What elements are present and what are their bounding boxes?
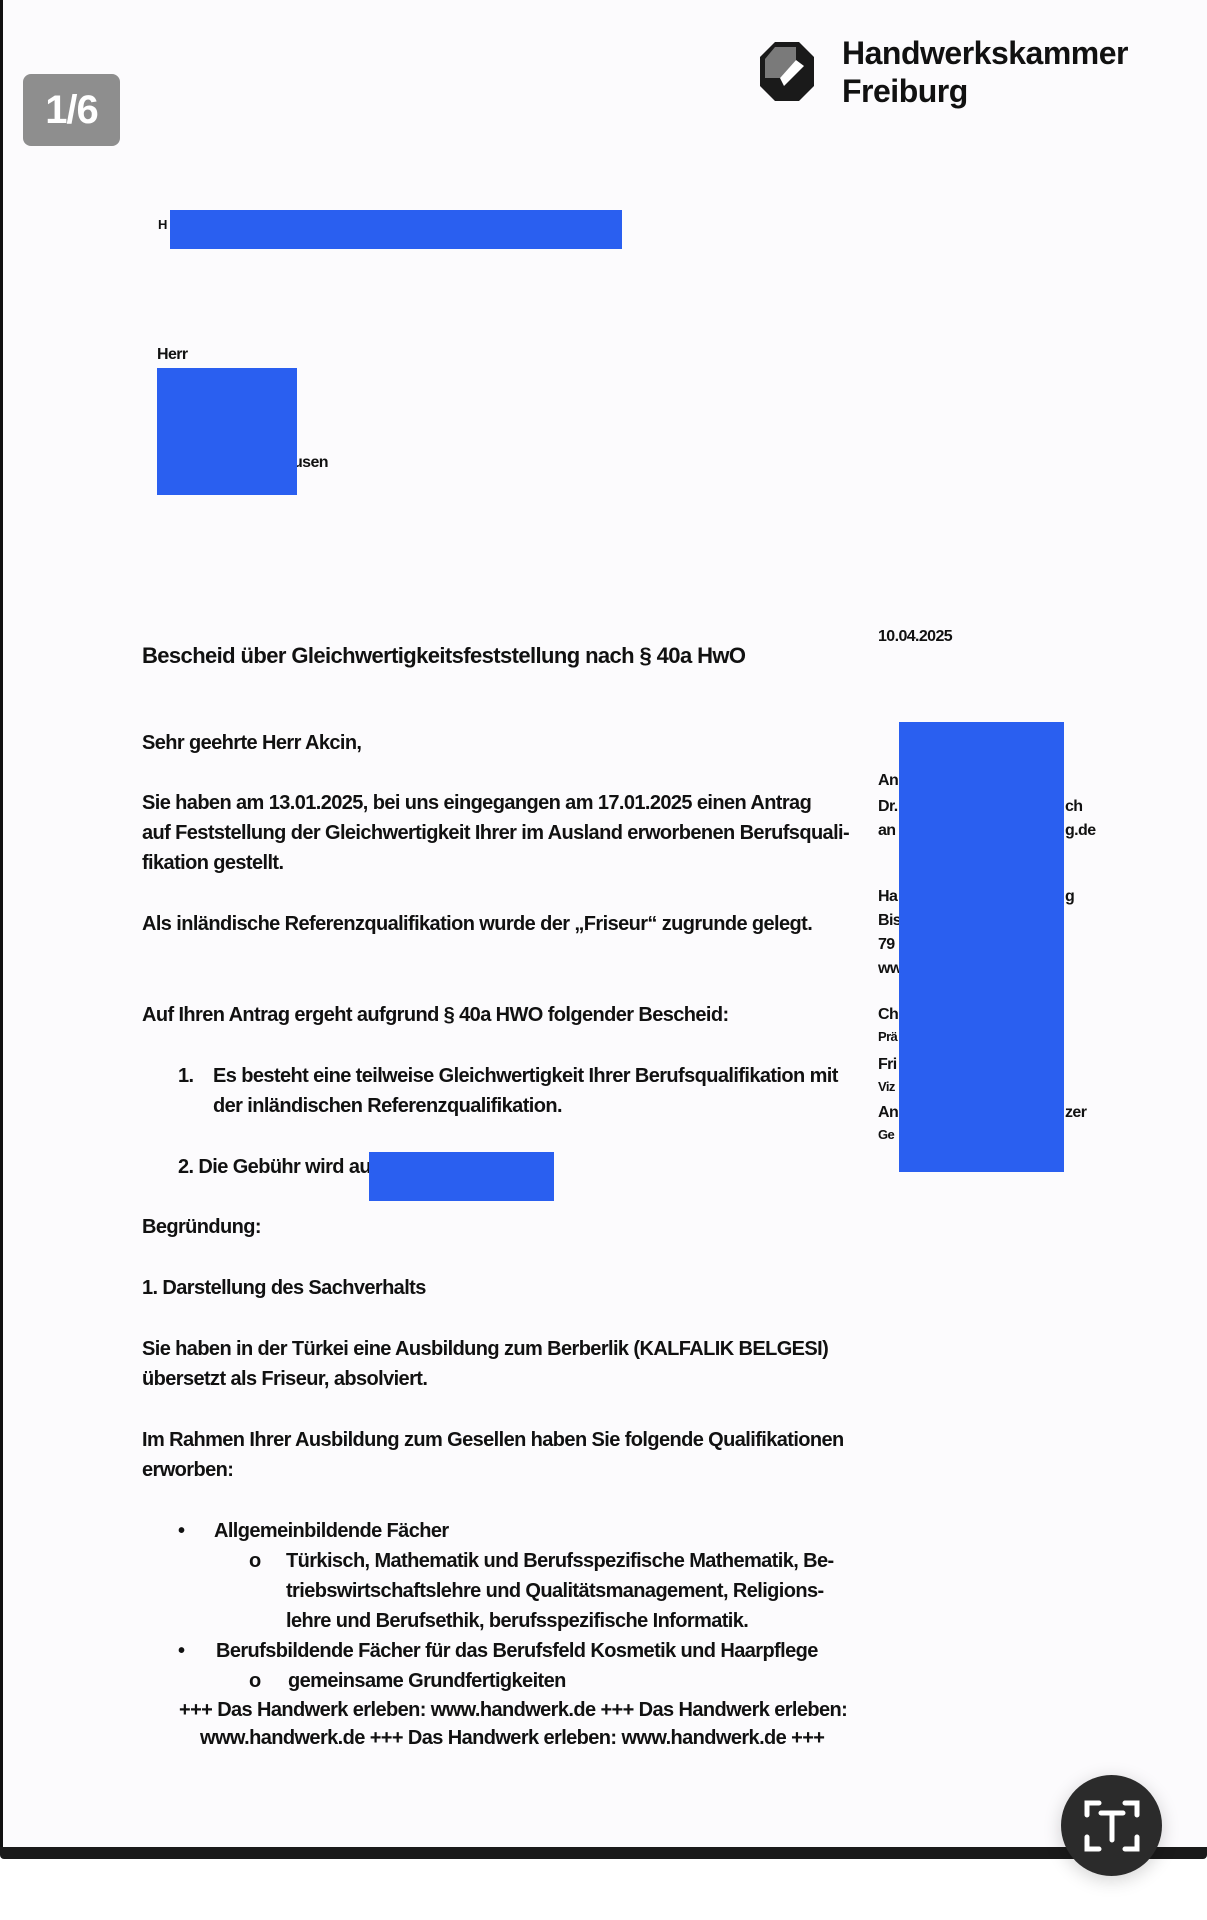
redaction-recipient-address: [157, 368, 297, 495]
scanned-letter-page: Handwerkskammer Freiburg H Herr usen 10.…: [0, 0, 1207, 1847]
facts-line-1: Sie haben in der Türkei eine Ausbildung …: [142, 1334, 828, 1364]
contact-fragment-left: An: [878, 1102, 898, 1124]
organization-line-2: Freiburg: [842, 72, 1128, 110]
intro-line-1: Sie haben am 13.01.2025, bei uns eingega…: [142, 788, 811, 818]
sub-bullet-icon: o: [249, 1666, 261, 1696]
contact-fragment-left: Bis: [878, 910, 901, 932]
bullet-1-label: Allgemeinbildende Fächer: [214, 1516, 449, 1546]
contact-fragment-right: g.de: [1065, 820, 1096, 842]
live-text-scan-icon: [1083, 1797, 1141, 1855]
contact-fragment-left: 79: [878, 934, 895, 956]
reasoning-heading: Begründung:: [142, 1212, 261, 1242]
redaction-sender: [170, 210, 622, 249]
decision-item-1-line-2: der inländischen Referenzqualifikation.: [213, 1091, 562, 1121]
facts-line-2: übersetzt als Friseur, absolviert.: [142, 1364, 427, 1394]
footer-line-1: +++ Das Handwerk erleben: www.handwerk.d…: [179, 1695, 847, 1725]
bullet-icon: •: [178, 1516, 184, 1546]
letter-subject: Bescheid über Gleichwertigkeitsfeststell…: [142, 641, 745, 671]
greeting: Sehr geehrte Herr Akcin,: [142, 728, 361, 758]
contact-fragment-right: ch: [1065, 796, 1082, 818]
contact-fragment-left: Fri: [878, 1054, 897, 1076]
reference-qualification: Als inländische Referenzqualifikation wu…: [142, 909, 812, 939]
page-bottom-edge: [0, 1847, 1207, 1859]
bullet-1-sub-line-3: lehre und Berufsethik, berufsspezifische…: [286, 1606, 748, 1636]
organization-name: Handwerkskammer Freiburg: [842, 34, 1128, 110]
sub-bullet-icon: o: [249, 1546, 261, 1576]
bullet-2-label: Berufsbildende Fächer für das Berufsfeld…: [216, 1636, 818, 1666]
decision-item-2: 2. Die Gebühr wird au: [178, 1152, 371, 1182]
recipient-salutation: Herr: [157, 344, 188, 366]
contact-fragment-left: an: [878, 820, 895, 842]
qualifications-intro-line-2: erworben:: [142, 1455, 233, 1485]
page-indicator: 1/6: [23, 74, 120, 146]
letter-date: 10.04.2025: [878, 626, 952, 648]
contact-fragment-left: Prä: [878, 1028, 897, 1046]
contact-fragment-left: Viz: [878, 1078, 895, 1096]
contact-fragment-left: Ch: [878, 1004, 898, 1026]
section-1-heading: 1. Darstellung des Sachverhalts: [142, 1273, 426, 1303]
contact-fragment-left: Dr.: [878, 796, 898, 818]
live-text-button[interactable]: [1061, 1775, 1162, 1876]
redaction-fee: [369, 1152, 554, 1201]
bullet-1-sub-line-2: triebswirtschaftslehre und Qualitätsmana…: [286, 1576, 824, 1606]
decision-item-1-line-1: Es besteht eine teilweise Gleichwertigke…: [213, 1061, 838, 1091]
bullet-1-sub-line-1: Türkisch, Mathematik und Berufsspezifisc…: [286, 1546, 834, 1576]
decision-item-1-number: 1.: [178, 1061, 193, 1091]
intro-line-2: auf Feststellung der Gleichwertigkeit Ih…: [142, 818, 849, 848]
redaction-contact-sidebar: [899, 722, 1064, 1172]
contact-fragment-left: Ha: [878, 886, 897, 908]
contact-fragment-left: Ge: [878, 1126, 894, 1144]
bullet-2-sub-line-1: gemeinsame Grundfertigkeiten: [288, 1666, 566, 1696]
contact-fragment-left: An: [878, 770, 898, 792]
bullet-icon: •: [178, 1636, 184, 1666]
decision-heading: Auf Ihren Antrag ergeht aufgrund § 40a H…: [142, 1000, 729, 1030]
contact-fragment-right: g: [1065, 886, 1074, 908]
hwk-octagon-logo-icon: [758, 40, 816, 103]
sender-line: H: [158, 216, 167, 234]
qualifications-intro-line-1: Im Rahmen Ihrer Ausbildung zum Gesellen …: [142, 1425, 844, 1455]
recipient-city-fragment: usen: [293, 452, 328, 474]
contact-fragment-right: zer: [1065, 1102, 1086, 1124]
organization-line-1: Handwerkskammer: [842, 34, 1128, 72]
footer-line-2: www.handwerk.de +++ Das Handwerk erleben…: [200, 1723, 824, 1753]
intro-line-3: fikation gestellt.: [142, 848, 283, 878]
